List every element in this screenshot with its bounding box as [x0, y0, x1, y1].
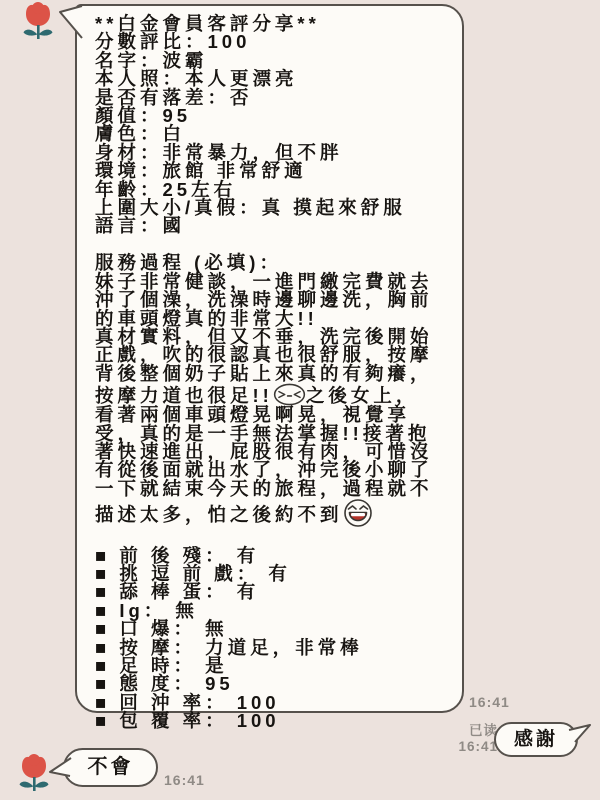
review-timestamp: 16:41: [469, 694, 510, 710]
squint-laugh-emoji-icon: [273, 383, 306, 406]
reply-message-text: 感謝: [514, 729, 558, 750]
chat-screen: **白金會員客評分享** 分數評比：100 名字：波霸 本人照：本人更漂亮 是否…: [0, 0, 600, 800]
bubble-tail-left-icon: [48, 757, 73, 781]
open-mouth-laugh-emoji-icon: [343, 498, 373, 528]
review-text-part2: 之後女上， 看著兩個車頭燈晃啊晃，視覺享 受，真的是一手無法掌握!!接著抱 著快…: [95, 385, 433, 525]
review-text-part3: ■ 前 後 殘： 有 ■ 挑 逗 前 戲： 有 ■ 舔 棒 蛋： 有 ■ Ig：…: [95, 545, 363, 732]
contact-avatar[interactable]: [18, 753, 50, 795]
review-message-text: **白金會員客評分享** 分數評比：100 名字：波霸 本人照：本人更漂亮 是否…: [95, 15, 454, 731]
reply-message-bubble[interactable]: 感謝: [494, 722, 578, 757]
response-timestamp: 16:41: [164, 772, 205, 788]
tulip-flower-icon: [18, 753, 50, 795]
review-text-part1: **白金會員客評分享** 分數評比：100 名字：波霸 本人照：本人更漂亮 是否…: [95, 13, 433, 406]
review-message-bubble[interactable]: **白金會員客評分享** 分數評比：100 名字：波霸 本人照：本人更漂亮 是否…: [75, 4, 464, 713]
read-receipt: 已读 16:41: [418, 723, 498, 754]
bubble-tail-left-icon: [58, 4, 84, 40]
response-message-bubble[interactable]: 不會: [63, 748, 158, 787]
tulip-flower-icon: [22, 1, 54, 43]
bubble-tail-right-icon: [568, 724, 592, 746]
response-message-text: 不會: [88, 756, 134, 778]
contact-avatar[interactable]: [22, 1, 54, 43]
